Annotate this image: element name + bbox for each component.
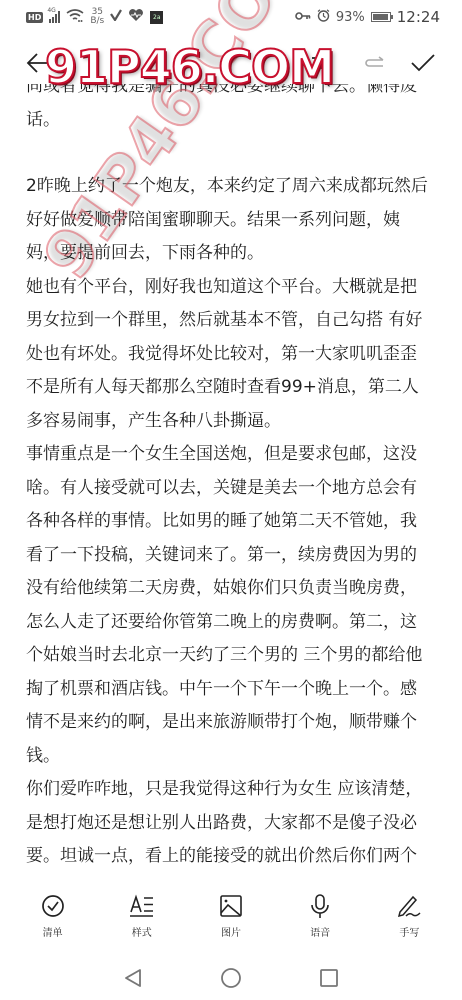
redo-icon[interactable] [358,48,388,78]
note-line: 处也有坏处。我觉得坏处比较对，第一大家叽叽歪歪 [26,338,436,372]
note-body[interactable]: 间或者觉得我是骗子的真没必要继续聊下去。懒得废 话。 2昨晚上约了一个炮友，本来… [26,84,436,874]
voice-button[interactable]: 语音 [285,893,355,951]
checklist-label: 清单 [43,924,63,939]
nav-home-button[interactable] [219,966,243,990]
square-recents-icon [319,968,339,988]
circle-home-icon [220,967,242,989]
network-speed: 35 B/s [90,8,104,26]
wifi-icon [66,9,84,26]
cellular-signal-icon: 4G [49,11,60,23]
blank-line [26,137,436,170]
image-button[interactable]: 图片 [196,893,266,951]
microphone-icon [307,893,333,919]
note-line: 事情重点是一个女生全国送炮，但是要求包邮，这没 [26,438,436,472]
hd-voice-icon: HD [26,12,43,23]
note-line: 好好做爱顺带陪闺蜜聊聊天。结果一系列问题，姨 [26,204,436,238]
note-line: 怎么人走了还要给你管第二晚上的房费啊。第二，这 [26,606,436,640]
system-nav-bar [0,955,462,1000]
note-line: 看了一下投稿，关键词来了。第一，续房费因为男的 [26,539,436,573]
watermark-logo: 91P46.COM [45,40,334,94]
app-notification-icon: 2a [150,11,163,24]
note-line: 男女拉到一个群里，然后就基本不管，自己勾搭 有好 [26,304,436,338]
battery-percent: 93% [336,10,365,25]
handwriting-label: 手写 [399,924,419,939]
note-line: 约 没必要打着约炮的名义 实际旅游。 [26,874,436,875]
image-icon [218,893,244,919]
note-line: 不是所有人每天都那么空随时查看99+消息，第二人 [26,371,436,405]
vpn-key-icon [295,10,311,25]
check-app-icon [110,9,122,25]
alarm-icon [317,9,330,26]
note-line: 没有给他续第二天房费，姑娘你们只负责当晚房费， [26,572,436,606]
text-style-label: 样式 [132,924,152,939]
nav-back-button[interactable] [121,966,145,990]
handwriting-pen-icon [396,893,422,919]
text-style-icon [129,893,155,919]
triangle-back-icon [124,968,142,988]
note-line: 钱。 [26,740,436,774]
note-line: 啥。有人接受就可以去，关键是美去一个地方总会有 [26,472,436,506]
note-line: 情不是来约的啊，是出来旅游顺带打个炮，顺带赚个 [26,706,436,740]
clock: 12:24 [397,8,440,26]
text-style-button[interactable]: 样式 [107,893,177,951]
voice-label: 语音 [310,924,330,939]
note-line: 话。 [26,104,436,138]
note-line: 她也有个平台，刚好我也知道这个平台。大概就是把 [26,271,436,305]
image-label: 图片 [221,924,241,939]
status-right: 93% 12:24 [295,8,440,26]
note-line: 掏了机票和酒店钱。中午一个下午一个晚上一个。感 [26,673,436,707]
note-line: 要。坦诚一点，看上的能接受的就出价然后你们两个 [26,840,436,874]
note-line: 多容易闹事，产生各种八卦撕逼。 [26,405,436,439]
checklist-button[interactable]: 清单 [18,893,88,951]
status-left: HD 4G 35 B/s 2a [26,8,163,26]
note-line: 2昨晚上约了一个炮友，本来约定了周六来成都玩然后 [26,170,436,204]
nav-recents-button[interactable] [317,966,341,990]
status-bar: HD 4G 35 B/s 2a 93% 12:24 [0,0,462,34]
note-line: 妈，要提前回去，下雨各种的。 [26,237,436,271]
handwriting-button[interactable]: 手写 [374,893,444,951]
note-line: 各种各样的事情。比如男的睡了她第二天不管她，我 [26,505,436,539]
note-line: 你们爱咋咋地，只是我觉得这种行为女生 应该清楚， [26,773,436,807]
checklist-icon [40,893,66,919]
health-heart-icon [128,9,144,26]
checkmark-icon[interactable] [408,48,438,78]
battery-icon [371,12,391,22]
note-line: 个姑娘当时去北京一天约了三个男的 三个男的都给他 [26,639,436,673]
note-line: 是想打炮还是想让别人出路费，大家都不是傻子没必 [26,807,436,841]
edit-toolbar: 清单 样式 图片 语音 手写 [0,893,462,951]
